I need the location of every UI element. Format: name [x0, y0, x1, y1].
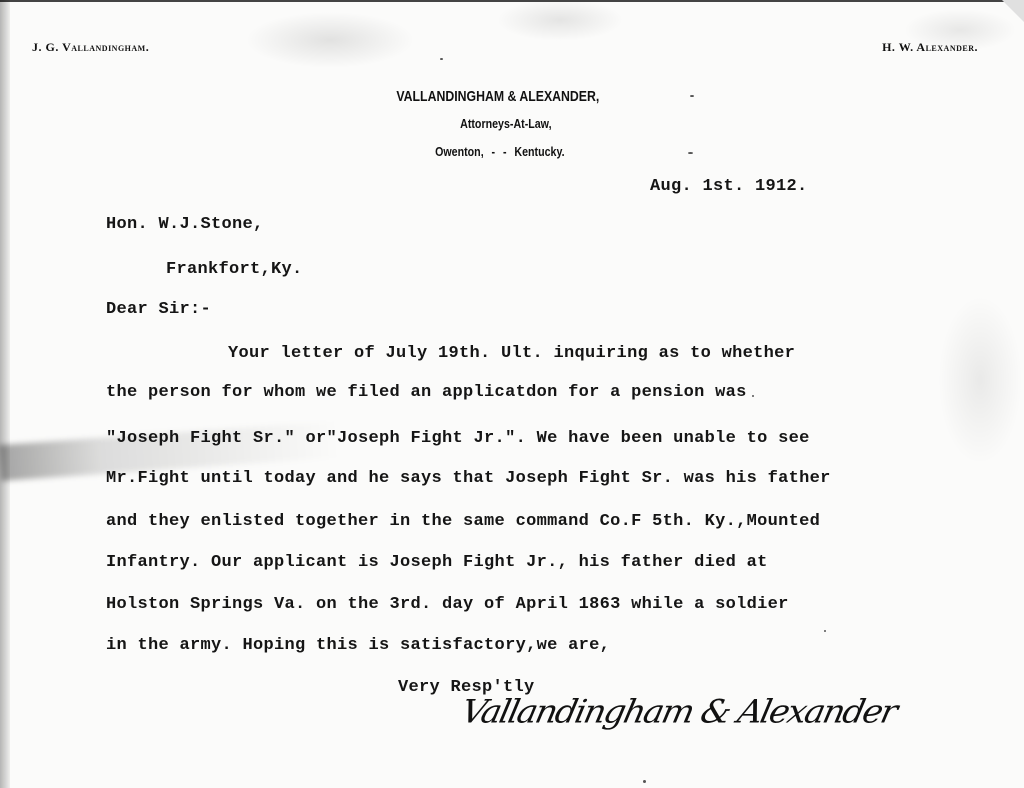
- letterhead-partner-left: J. G. Vallandingham.: [32, 40, 149, 55]
- body-line: Holston Springs Va. on the 3rd. day of A…: [106, 595, 789, 614]
- scan-speck: [440, 58, 443, 60]
- page-top-edge: [0, 0, 1010, 2]
- body-line: Your letter of July 19th. Ult. inquiring…: [228, 344, 795, 363]
- handwritten-signature: Vallandingham & Alexander: [458, 693, 899, 731]
- recipient-name: Hon. W.J.Stone,: [106, 215, 264, 234]
- body-line: in the army. Hoping this is satisfactory…: [106, 636, 610, 655]
- scan-speck: [690, 95, 694, 97]
- letterhead-partner-right: H. W. Alexander.: [882, 40, 978, 55]
- recipient-location: Frankfort,Ky.: [166, 260, 303, 279]
- scan-speck: [752, 395, 754, 397]
- letter-page: J. G. Vallandingham. H. W. Alexander. VA…: [0, 0, 1024, 788]
- letterhead-firm-location: Owenton, - - Kentucky.: [80, 144, 920, 159]
- body-line: "Joseph Fight Sr." or"Joseph Fight Jr.".…: [106, 429, 810, 448]
- salutation: Dear Sir:-: [106, 300, 211, 319]
- scan-speck: [688, 152, 693, 154]
- page-left-edge-shadow: [0, 0, 10, 788]
- scan-speck: [824, 630, 826, 632]
- letter-date: Aug. 1st. 1912.: [650, 177, 808, 196]
- body-line: the person for whom we filed an applicat…: [106, 383, 747, 402]
- body-line: Infantry. Our applicant is Joseph Fight …: [106, 553, 768, 572]
- body-line: Mr.Fight until today and he says that Jo…: [106, 469, 831, 488]
- folded-corner: [1002, 0, 1024, 22]
- letterhead-firm-name: VALLANDINGHAM & ALEXANDER,: [78, 88, 918, 105]
- scan-speck: [643, 780, 646, 783]
- body-line: and they enlisted together in the same c…: [106, 512, 820, 531]
- letterhead-firm-subtitle: Attorneys-At-Law,: [86, 116, 926, 131]
